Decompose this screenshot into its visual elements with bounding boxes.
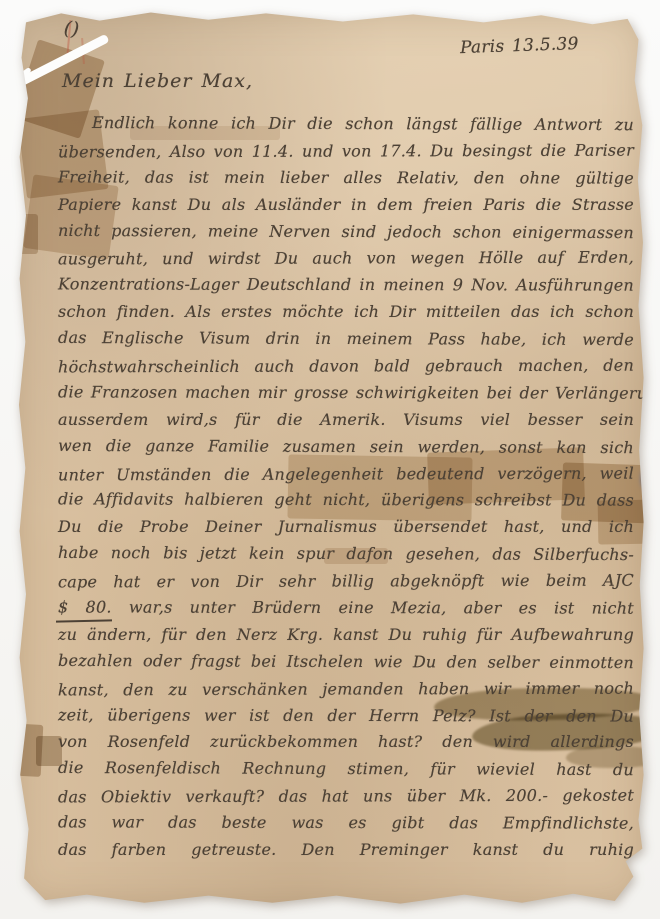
handwritten-line: die Rosenfeldisch Rechnung stimen, für w… [58, 755, 634, 784]
handwritten-line: das Obiektiv verkauft? das hat uns über … [58, 783, 634, 812]
handwritten-line: die Franzosen machen mir grosse schwirig… [58, 379, 634, 407]
letter-paper: () Paris 13.5.39 Mein Lieber Max, Endlic… [10, 8, 650, 910]
red-pencil-mark [81, 38, 85, 64]
handwritten-line: Endlich konne ich Dir die schon längst f… [58, 110, 634, 139]
handwritten-line: übersenden, Also von 11.4. und von 17.4.… [58, 137, 634, 166]
letter-body: Endlich konne ich Dir die schon längst f… [58, 111, 634, 864]
handwritten-line: zeit, überigens wer ist den der Herrn Pe… [58, 702, 634, 730]
handwritten-line: kanst, den zu verschänken jemanden haben… [58, 675, 634, 704]
scanned-letter-page: () Paris 13.5.39 Mein Lieber Max, Endlic… [0, 0, 660, 919]
handwritten-line: $ 80. war,s unter Brüdern eine Mezia, ab… [58, 594, 634, 622]
handwritten-line: Konzentrations-Lager Deutschland in mein… [58, 272, 634, 300]
handwritten-line: nicht passieren, meine Nerven sind jedoc… [58, 217, 634, 246]
handwritten-line: ausgeruht, und wirdst Du auch von wegen … [58, 245, 634, 274]
handwritten-line: ausserdem wird,s für die Amerik. Visums … [58, 407, 634, 434]
handwritten-line: bezahlen oder fragst bei Itschelen wie D… [58, 648, 634, 677]
handwritten-line: schon finden. Als erstes möchte ich Dir … [58, 299, 634, 326]
handwritten-line: höchstwahrscheinlich auch davon bald geb… [58, 353, 634, 382]
handwritten-line: cape hat er von Dir sehr billig abgeknöp… [58, 568, 634, 597]
blue-ink-smudge [640, 466, 656, 492]
torn-corner-slash [0, 67, 32, 94]
handwritten-line: das war das beste was es gibt das Empfin… [58, 810, 634, 838]
handwritten-line: habe noch bis jetzt kein spur dafon gese… [58, 540, 634, 569]
handwritten-line: die Affidavits halbieren geht nicht, übe… [58, 487, 634, 515]
handwritten-line: wen die ganze Familie zusamen sein werde… [58, 433, 634, 462]
tape-patch [4, 214, 38, 254]
paper-shadow-wrap: () Paris 13.5.39 Mein Lieber Max, Endlic… [0, 0, 660, 919]
handwritten-line: Freiheit, das ist mein lieber alles Rela… [58, 164, 634, 192]
tape-patch [3, 723, 44, 777]
handwritten-line: das Englische Visum drin in meinem Pass … [58, 325, 634, 354]
salutation: Mein Lieber Max, [62, 70, 253, 92]
handwritten-line: das farben getreuste. Den Preminger kans… [58, 837, 634, 864]
handwritten-line: von Rosenfeld zurückbekommen hast? den w… [58, 729, 634, 756]
letter-date: Paris 13.5.39 [460, 34, 579, 58]
handwritten-line: unter Umständen die Angelegenheit bedeut… [58, 460, 634, 489]
handwritten-line: Du die Probe Deiner Jurnalismus übersend… [58, 514, 634, 541]
corner-mark: () [63, 17, 81, 40]
handwritten-line: zu ändern, für den Nerz Krg. kanst Du ru… [58, 622, 634, 649]
handwritten-line: Papiere kanst Du als Ausländer in dem fr… [58, 192, 634, 219]
